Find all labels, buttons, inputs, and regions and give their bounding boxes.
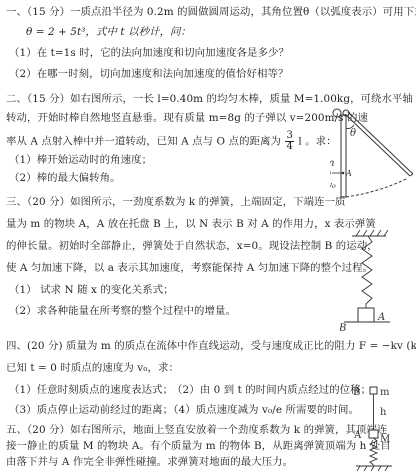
- q2-subquestion-2: （2）棒的最大偏转角。: [9, 172, 121, 185]
- q3-subquestion-2: （2）求各种能量在所考察的整个过程中的增量。: [9, 305, 236, 318]
- swing-arc: [346, 178, 408, 197]
- q2-text-line3: 率从 A 点射入棒中并一道转动，已知 A 点与 O 点的距离为 3 4 l 。求…: [6, 131, 337, 152]
- label-m: m: [330, 158, 334, 169]
- q4-text-line1: 四、(20 分) 质量为 m 的质点在流体中作直线运动，受与速度成正比的阻力 F…: [6, 340, 416, 353]
- hanging-spring-diagram: A B: [340, 228, 416, 332]
- label-a: A: [377, 312, 385, 323]
- label-b: B: [353, 387, 360, 398]
- q1-text-line1: 一、（15 分）一质点沿半径为 0.2m 的圆做圆周运动，其角位置θ（以弧度表示…: [6, 6, 416, 19]
- q2-subquestion-1: （1）棒开始运动时的角速度；: [9, 154, 152, 167]
- q5-text-line1: 五、（20 分）如右图所示，地面上竖直安放着一个劲度系数为 k 的弹簧，其顶端连: [6, 424, 388, 437]
- falling-mass-spring-diagram: B m h A M: [350, 380, 416, 475]
- block-a: [369, 430, 378, 438]
- spring-icon: [362, 236, 372, 308]
- q4-text-line2: 已知 t = 0 时质点的速度为 v₀，求：: [6, 362, 179, 375]
- q2-text-line1: 二、（15 分）如右图所示，一长 l=0.40m 的均匀木棒，质量 M=1.00…: [6, 93, 416, 106]
- rod-pendulum-diagram: m A v₀ θ: [330, 108, 416, 200]
- q2-line3-pre: 率从 A 点射入棒中并一道转动，已知 A 点与 O 点的距离为: [6, 136, 281, 148]
- label-m: m: [380, 387, 390, 398]
- q3-text-line4: 使 A 匀加速下降，以 a 表示其加速度，考察能保持 A 匀加速下降的整个过程。: [6, 262, 373, 275]
- spring-icon: [370, 438, 377, 465]
- q3-text-line2: 量为 m 的物块 A，A 放在托盘 B 上，以 N 表示 B 对 A 的作用力，…: [6, 218, 376, 231]
- q4-subquestion-3: （3）质点停止运动前经过的距离；: [9, 404, 173, 417]
- mass-b: [370, 387, 377, 394]
- block-a: [358, 308, 374, 322]
- q4-subquestion-2: （2）由 0 到 t 的时间内质点经过的位移；: [172, 384, 371, 397]
- q4-subquestion-4: （4）质点速度减为 v₀/e 所需要的时间。: [168, 404, 359, 417]
- q5-text-line2: 接一静止的质量 M 的物块 A。有个质量为 m 的物体 B，从距离弹簧顶端为 h…: [6, 440, 391, 453]
- q5-text-line3: 由落下并与 A 作完全非弹性碰撞。求弹簧对地面的最大压力。: [6, 456, 293, 469]
- label-big-m: M: [380, 434, 390, 445]
- label-v0: v₀: [330, 181, 336, 191]
- q1-equation: θ = 2 + 5t³，式中 t 以秒计，问：: [26, 26, 191, 39]
- label-b: B: [340, 323, 346, 332]
- label-a: A: [353, 430, 362, 441]
- q2-text-line2: 转动，开始时棒自然地竖直悬垂。现有质量 m=8g 的子弹以 v=200m/s 的…: [6, 112, 368, 125]
- q1-subquestion-1: （1）在 t=1s 时，它的法向加速度和切向加速度各是多少？: [9, 47, 289, 60]
- q4-subquestion-1: （1）任意时刻质点的速度表达式；: [9, 384, 173, 397]
- q3-text-line1: 三、（20 分）如图所示，一劲度系数为 k 的弹簧，上端固定，下端连一质: [6, 196, 346, 209]
- label-theta: θ: [350, 128, 356, 139]
- q3-text-line3: 的伸长量。初始时全部静止，弹簧处于自然状态，x=0。现设法控制 B 的运动，: [6, 240, 378, 253]
- q3-subquestion-1: （1） 试求 N 随 x 的变化关系式；: [9, 284, 174, 297]
- fraction-three-quarters: 3 4: [285, 131, 293, 152]
- fraction-denominator: 4: [285, 142, 293, 152]
- label-a: A: [345, 169, 352, 178]
- pivot-o-icon: [333, 109, 341, 117]
- rod-vertical: [341, 115, 346, 197]
- label-h: h: [380, 407, 387, 418]
- q1-subquestion-2: （2）在哪一时刻，切向加速度和法向加速度的值恰好相等？: [9, 68, 288, 81]
